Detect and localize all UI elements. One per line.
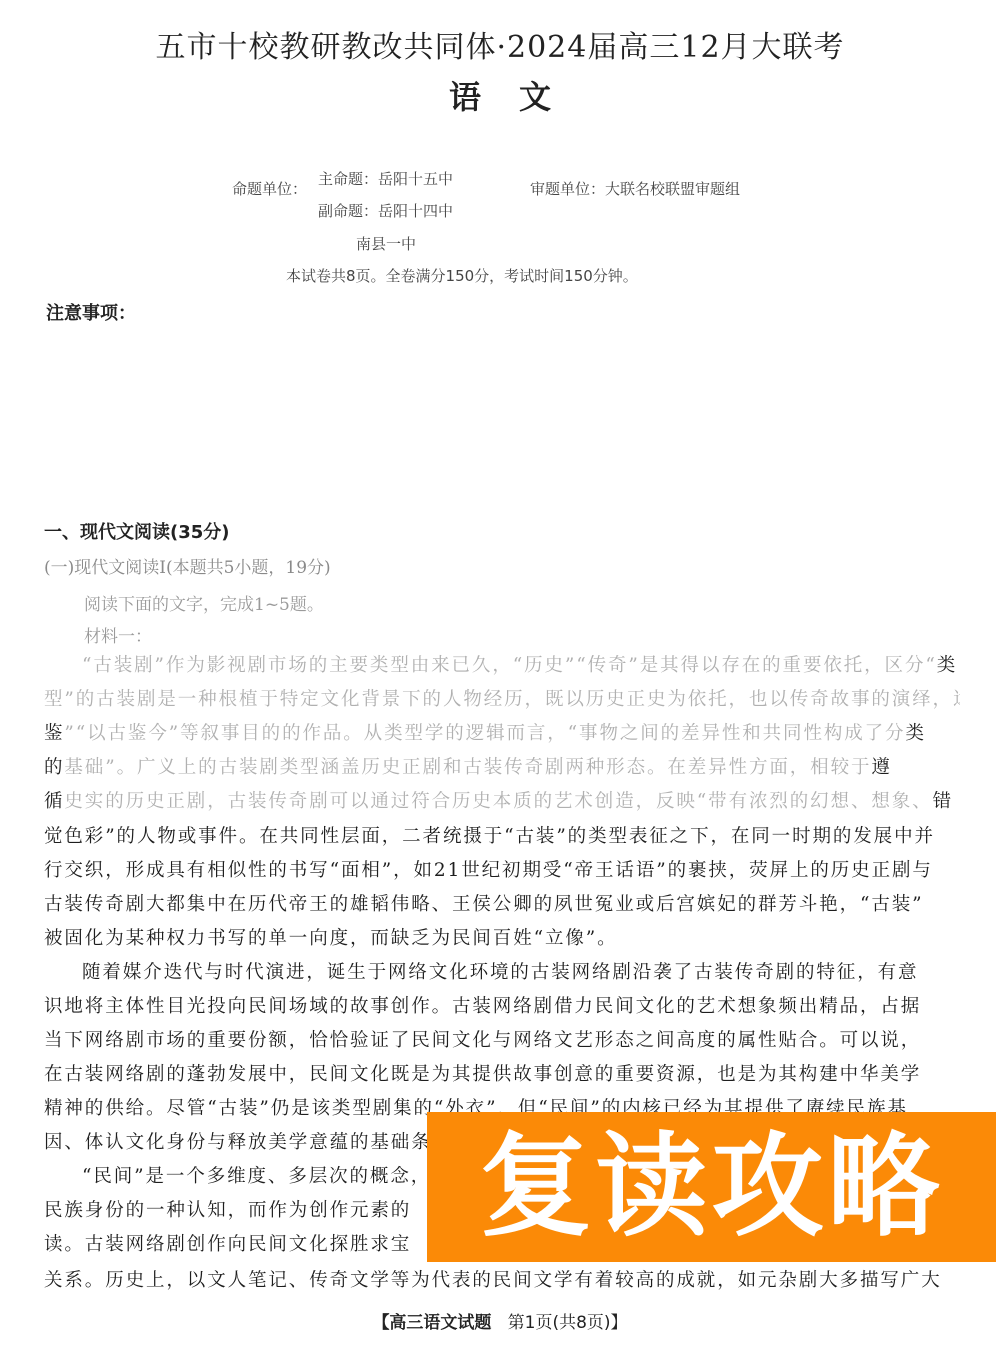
passage-line: 循史实的历史正剧，古装传奇剧可以通过符合历史本质的艺术创造，反映“带有浓烈的幻想… xyxy=(44,789,960,815)
page-footer: 【高三语文试题 第1页(共8页)】 xyxy=(0,1308,1000,1333)
passage-line: 古装传奇剧大都集中在历代帝王的雄韬伟略、王侯公卿的夙世冤业或后宫嫔妃的群芳斗艳，… xyxy=(44,892,960,918)
co-proposer-2: 南县一中 xyxy=(356,233,416,254)
passage-line: “古装剧”作为影视剧市场的主要类型由来已久，“历史”“传奇”是其得以存在的重要依… xyxy=(44,653,960,679)
subject-title: 语文 xyxy=(0,72,1000,118)
passage-line: 随着媒介迭代与时代演进，诞生于网络文化环境的古装网络剧沿袭了古装传奇剧的特征，有… xyxy=(44,960,960,986)
passage-line: 关系。历史上，以文人笔记、传奇文学等为代表的民间文学有着较高的成就，如元杂剧大多… xyxy=(44,1268,960,1294)
passage-line: 觉色彩”的人物或事件。在共同性层面，二者统摄于“古装”的类型表征之下，在同一时期… xyxy=(44,824,960,850)
sub-heading: (一)现代文阅读Ⅰ(本题共5小题，19分) xyxy=(44,553,331,578)
exam-info: 本试卷共8页。全卷满分150分，考试时间150分钟。 xyxy=(286,265,638,286)
passage-line: 当下网络剧市场的重要份额，恰恰验证了民间文化与网络文艺形态之间高度的属性贴合。可… xyxy=(44,1028,960,1054)
passage-line: 的基础”。广义上的古装剧类型涵盖历史正剧和古装传奇剧两种形态。在差异性方面，相较… xyxy=(44,755,960,781)
passage-line: 在古装网络剧的蓬勃发展中，民间文化既是为其提供故事创意的重要资源，也是为其构建中… xyxy=(44,1062,960,1088)
notice-label: 注意事项： xyxy=(46,299,136,325)
instruction: 阅读下面的文字，完成1~5题。 xyxy=(84,590,324,615)
reviewer: 审题单位：大联名校联盟审题组 xyxy=(530,178,740,199)
co-proposer: 副命题：岳阳十四中 xyxy=(318,200,453,221)
material-label: 材料一： xyxy=(84,622,152,647)
passage-line: 型”的古装剧是一种根植于特定文化背景下的人物经历，既以历史正史为依托，也以传奇故… xyxy=(44,687,960,713)
footer-title: 【高三语文试题 xyxy=(372,1313,491,1333)
passage-line: 行交织，形成具有相似性的书写“面相”，如21世纪初期受“帝王话语”的裹挟，荧屏上… xyxy=(44,858,960,884)
proposer-label: 命题单位： xyxy=(232,178,307,199)
exam-title: 五市十校教研教改共同体·2024届高三12月大联考 xyxy=(0,22,1000,66)
watermark-text: 复读攻略 xyxy=(480,1131,944,1243)
footer-page: 第1页(共8页)】 xyxy=(508,1313,628,1333)
section-heading: 一、现代文阅读(35分) xyxy=(44,518,230,544)
passage-line: 被固化为某种权力书写的单一向度，而缺乏为民间百姓“立像”。 xyxy=(44,926,960,952)
passage-line: 识地将主体性目光投向民间场域的故事创作。古装网络剧借力民间文化的艺术想象频出精品… xyxy=(44,994,960,1020)
passage-line: 鉴”“以古鉴今”等叙事目的的作品。从类型学的逻辑而言，“事物之间的差异性和共同性… xyxy=(44,721,960,747)
main-proposer: 主命题：岳阳十五中 xyxy=(318,168,453,189)
watermark-banner: 复读攻略 xyxy=(427,1112,996,1262)
